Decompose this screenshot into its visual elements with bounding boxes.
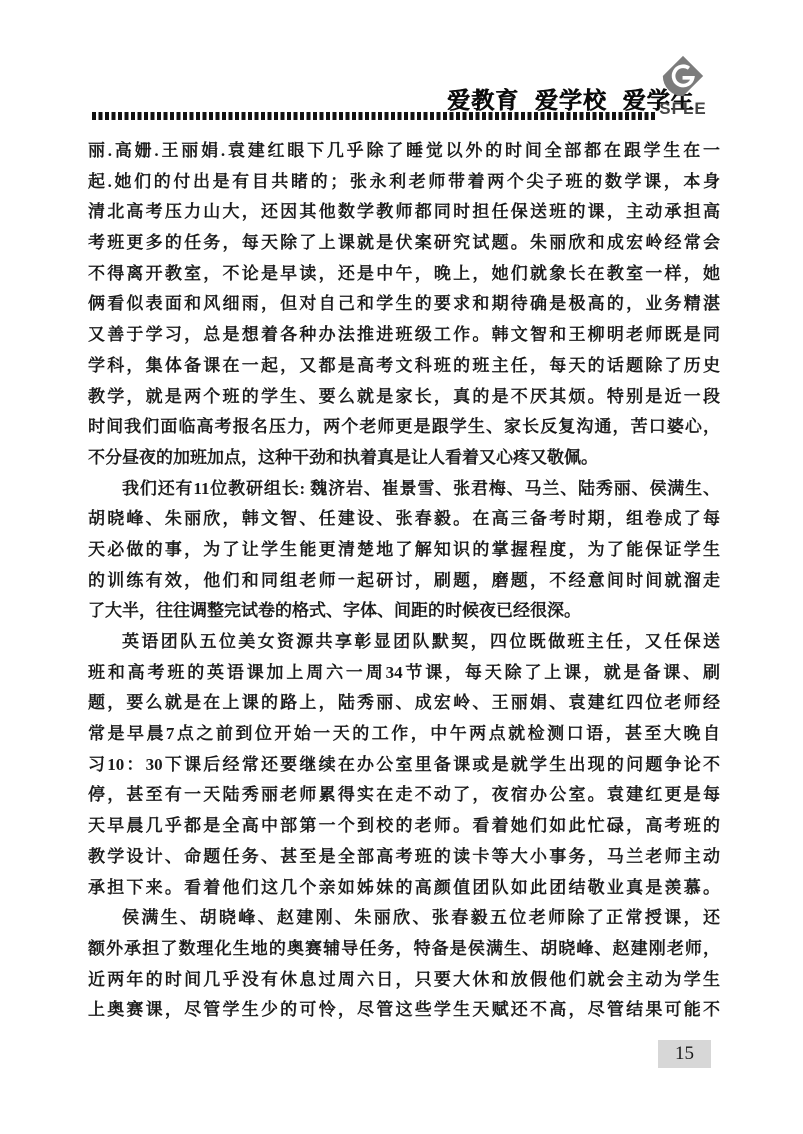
text-line: 教学，就是两个班的学生、要么就是家长，真的是不厌其烦。特别是近一段 (88, 382, 720, 413)
text-line: 学科，集体备课在一起，又都是高考文科班的班主任，每天的话题除了历史 (88, 351, 720, 382)
text-line: 常是早晨7点之前到位开始一天的工作，中午两点就检测口语，甚至大晚自 (88, 719, 720, 750)
text-line: 的训练有效，他们和同组老师一起研讨，刷题，磨题，不经意间时间就溜走 (88, 566, 720, 597)
book-page: 爱教育 爱学校 爱学生 SFLE 丽.高姗.王丽娟.袁建红眼下几乎除了睡觉以外的… (0, 0, 803, 1134)
text-line: 侯满生、胡晓峰、赵建刚、朱丽欣、张春毅五位老师除了正常授课，还 (88, 903, 720, 934)
text-line: 时间我们面临高考报名压力，两个老师更是跟学生、家长反复沟通，苦口婆心， (88, 412, 720, 443)
text-line: 承担下来。看着他们这几个亲如姊妹的高颜值团队如此团结敬业真是羡慕。 (88, 873, 720, 904)
text-line: 天必做的事，为了让学生能更清楚地了解知识的掌握程度，为了能保证学生 (88, 535, 720, 566)
text-line: 教学设计、命题任务、甚至是全部高考班的读卡等大小事务，马兰老师主动 (88, 842, 720, 873)
publisher-logo: SFLE (655, 54, 711, 119)
text-line: 俩看似表面和风细雨，但对自己和学生的要求和期待确是极高的，业务精湛 (88, 289, 720, 320)
text-line: 上奥赛课，尽管学生少的可怜，尽管这些学生天赋还不高，尽管结果可能不 (88, 995, 720, 1026)
page-number-badge: 15 (658, 1040, 711, 1068)
logo-g-icon (655, 54, 711, 98)
text-line: 胡晓峰、朱丽欣，韩文智、任建设、张春毅。在高三备考时期，组卷成了每 (88, 504, 720, 535)
body-text: 丽.高姗.王丽娟.袁建红眼下几乎除了睡觉以外的时间全部都在跟学生在一起.她们的付… (88, 136, 720, 1026)
page-number: 15 (675, 1043, 694, 1064)
text-line: 清北高考压力山大，还因其他数学教师都同时担任保送班的课，主动承担高 (88, 197, 720, 228)
text-line: 天早晨几乎都是全高中部第一个到校的老师。看着她们如此忙碌，高考班的 (88, 811, 720, 842)
text-line: 不分昼夜的加班加点，这种干劲和执着真是让人看着又心疼又敬佩。 (88, 443, 720, 474)
text-line: 额外承担了数理化生地的奥赛辅导任务，特备是侯满生、胡晓峰、赵建刚老师， (88, 934, 720, 965)
text-line: 了大半，往往调整完试卷的格式、字体、间距的时候夜已经很深。 (88, 596, 720, 627)
text-line: 英语团队五位美女资源共享彰显团队默契，四位既做班主任，又任保送 (88, 627, 720, 658)
text-line: 习10：30下课后经常还要继续在办公室里备课或是就学生出现的问题争论不 (88, 750, 720, 781)
text-line: 题，要么就是在上课的路上，陆秀丽、成宏岭、王丽娟、袁建红四位老师经 (88, 688, 720, 719)
header-dotted-rule (92, 112, 657, 120)
logo-text: SFLE (655, 99, 711, 119)
text-line: 丽.高姗.王丽娟.袁建红眼下几乎除了睡觉以外的时间全部都在跟学生在一 (88, 136, 720, 167)
text-line: 不得离开教室，不论是早读，还是中午，晚上，她们就象长在教室一样，她 (88, 259, 720, 290)
text-line: 又善于学习，总是想着各种办法推进班级工作。韩文智和王柳明老师既是同 (88, 320, 720, 351)
text-line: 停，甚至有一天陆秀丽老师累得实在走不动了，夜宿办公室。袁建红更是每 (88, 780, 720, 811)
text-line: 起.她们的付出是有目共睹的；张永利老师带着两个尖子班的数学课，本身 (88, 167, 720, 198)
text-line: 考班更多的任务，每天除了上课就是伏案研究试题。朱丽欣和成宏岭经常会 (88, 228, 720, 259)
text-line: 班和高考班的英语课加上周六一周34节课，每天除了上课，就是备课、刷 (88, 658, 720, 689)
text-line: 我们还有11位教研组长: 魏济岩、崔景雪、张君梅、马兰、陆秀丽、侯满生、 (88, 474, 720, 505)
text-line: 近两年的时间几乎没有休息过周六日，只要大休和放假他们就会主动为学生 (88, 965, 720, 996)
